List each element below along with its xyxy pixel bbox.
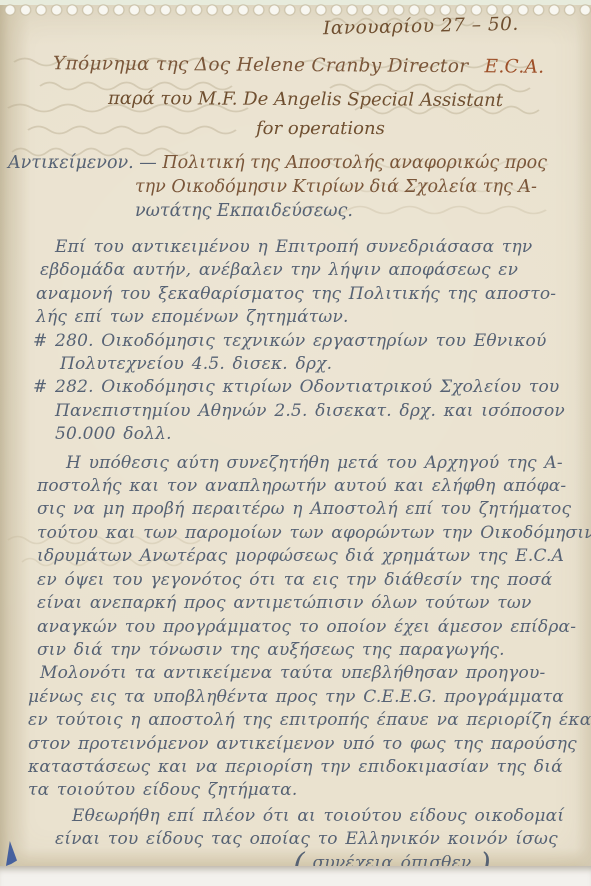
handwritten-line: ιδρυμάτων Ανωτέρας μορφώσεως διά χρημάτω… xyxy=(37,545,585,568)
handwritten-line: λής επί των επομένων ζητημάτων. xyxy=(36,306,585,329)
handwritten-line-item-282: # 282. Οικοδόμησις κτιρίων Οδοντιατρικού… xyxy=(33,376,585,399)
handwritten-line: Η υπόθεσις αύτη συνεζητήθη μετά του Αρχη… xyxy=(66,452,585,475)
handwritten-line: τούτου και των παρομοίων των αφορώντων τ… xyxy=(37,522,585,545)
subject-label: Αντικείμενον. — xyxy=(8,153,157,173)
handwritten-line: Πανεπιστημίου Αθηνών 2.5. δισεκατ. δρχ. … xyxy=(55,400,585,423)
handwritten-line: καταστάσεως και να περιορίση την επιδοκι… xyxy=(28,756,585,779)
handwritten-line: αναμονή του ξεκαθαρίσματος της Πολιτικής… xyxy=(36,283,585,306)
handwritten-line: Επί του αντικειμένου η Επιτροπή συνεδριά… xyxy=(55,236,585,259)
handwritten-line: Πολυτεχνείου 4.5. δισεκ. δρχ. xyxy=(60,353,585,376)
subject-title-part3: νωτάτης Εκπαιδεύσεως. xyxy=(135,199,574,223)
handwritten-line: Μολονότι τα αντικείμενα ταύτα υπεβλήθησα… xyxy=(40,662,585,685)
handwritten-line: μένως εις τα υποβληθέντα προς την C.E.E.… xyxy=(28,686,585,709)
handwritten-line: ποστολής και τον αναπληρωτήν αυτού και ε… xyxy=(37,475,585,498)
subject-block: Αντικείμενον. — Πολιτική της Αποστολής α… xyxy=(8,151,574,223)
handwritten-line-item-280: # 280. Οικοδόμησις τεχνικών εργαστηρίων … xyxy=(33,330,585,353)
handwritten-line: αναγκών του προγράμματος το οποίον έχει … xyxy=(37,616,585,639)
handwritten-line: είναι του είδους τας οποίας το Ελληνικόν… xyxy=(55,828,585,851)
organization-abbreviation: E.C.A. xyxy=(485,56,545,77)
memo-sender-line: παρά του M.F. De Angelis Special Assista… xyxy=(108,88,503,111)
handwritten-line: 50.000 δολλ. xyxy=(55,423,585,446)
subject-first-line: Αντικείμενον. — Πολιτική της Αποστολής α… xyxy=(8,151,574,175)
handwritten-line: εν όψει του γεγονότος ότι τα εις την διά… xyxy=(37,569,585,592)
handwritten-line: εν τούτοις η αποστολή της επιτροπής έπαυ… xyxy=(28,709,585,732)
scanner-background xyxy=(0,866,591,886)
handwritten-line: εβδομάδα αυτήν, ανέβαλεν την λήψιν αποφά… xyxy=(40,259,585,282)
subject-title-part1: Πολιτική της Αποστολής αναφορικώς προς xyxy=(162,153,547,173)
handwritten-line: είναι ανεπαρκή προς αντιμετώπισιν όλων τ… xyxy=(37,592,585,615)
handwritten-line: σιν διά την τόνωσιν της αυξήσεως της παρ… xyxy=(37,639,585,662)
date-line: Ιανουαρίου 27 – 50. xyxy=(323,14,519,39)
handwritten-line: τα τοιούτου είδους ζητήματα. xyxy=(28,779,585,802)
memo-body: Επί του αντικειμένου η Επιτροπή συνεδριά… xyxy=(0,236,585,875)
handwritten-line: στον προτεινόμενον αντικείμενον υπό το φ… xyxy=(28,733,585,756)
memo-addressee-text: Υπόμνημα της Δος Helene Cranby Director xyxy=(53,53,469,77)
handwritten-line: σις να μη προβή περαιτέρω η Αποστολή επί… xyxy=(37,498,585,521)
subject-title-part2: την Οικοδόμησιν Κτιρίων διά Σχολεία της … xyxy=(135,175,574,199)
scanned-memo-page: Ιανουαρίου 27 – 50. Υπόμνημα της Δος Hel… xyxy=(0,0,591,886)
handwritten-line: Εθεωρήθη επί πλέον ότι αι τοιούτου είδου… xyxy=(72,805,585,828)
memo-sender-role-line: for operations xyxy=(256,118,385,139)
memo-addressee-line: Υπόμνημα της Δος Helene Cranby Director … xyxy=(53,53,545,77)
